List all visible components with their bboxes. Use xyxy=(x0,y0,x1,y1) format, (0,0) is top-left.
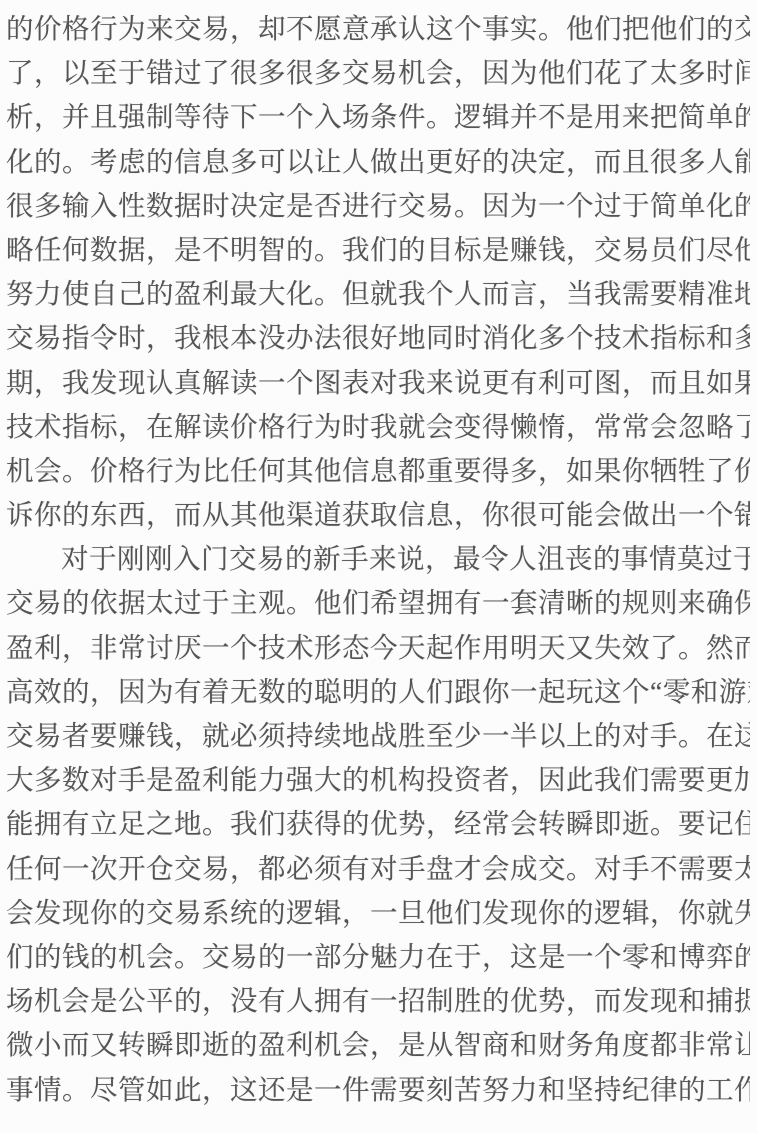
text-line: 期，我发现认真解读一个图表对我来说更有利可图，而且如果我依赖于 xyxy=(6,361,750,405)
text-line: 对于刚刚入门交易的新手来说，最令人沮丧的事情莫过于认为自己 xyxy=(6,537,750,581)
text-line: 盈利，非常讨厌一个技术形态今天起作用明天又失效了。然而，市场是 xyxy=(6,626,750,670)
text-line: 很多输入性数据时决定是否进行交易。因为一个过于简单化的理论而忽 xyxy=(6,184,750,228)
text-line: 的价格行为来交易，却不愿意承认这个事实。他们把他们的交易复杂化 xyxy=(6,7,750,51)
text-line: 场机会是公平的，没有人拥有一招制胜的优势，而发现和捕捉一些极为 xyxy=(6,979,750,1023)
text-line: 了，以至于错过了很多很多交易机会，因为他们花了太多时间去过度分 xyxy=(6,51,750,95)
book-page: 的价格行为来交易，却不愿意承认这个事实。他们把他们的交易复杂化了，以至于错过了很… xyxy=(0,0,758,1133)
text-line: 技术指标，在解读价格行为时我就会变得懒惰，常常会忽略了最明显的 xyxy=(6,405,750,449)
text-line: 们的钱的机会。交易的一部分魅力在于，这是一个零和博弈的市场，市 xyxy=(6,935,750,979)
text-line: 交易的依据太过于主观。他们希望拥有一套清晰的规则来确保自己持续 xyxy=(6,581,750,625)
text-line: 大多数对手是盈利能力强大的机构投资者，因此我们需要更加优秀，才 xyxy=(6,758,750,802)
text-line: 高效的，因为有着无数的聪明的人们跟你一起玩这个“零和游戏”。一个 xyxy=(6,670,750,714)
text-line: 能拥有立足之地。我们获得的优势，经常会转瞬即逝。要记住，我们的 xyxy=(6,802,750,846)
text-line: 交易者要赚钱，就必须持续地战胜至少一半以上的对手。在这个市场上， xyxy=(6,714,750,758)
paragraph: 的价格行为来交易，却不愿意承认这个事实。他们把他们的交易复杂化了，以至于错过了很… xyxy=(6,7,750,537)
text-line: 任何一次开仓交易，都必须有对手盘才会成交。对手不需要太长时间就 xyxy=(6,847,750,891)
text-line: 事情。尽管如此，这还是一件需要刻苦努力和坚持纪律的工作。纪律， xyxy=(6,1068,750,1112)
text-line: 略任何数据，是不明智的。我们的目标是赚钱，交易员们尽他们一切的 xyxy=(6,228,750,272)
paragraph: 对于刚刚入门交易的新手来说，最令人沮丧的事情莫过于认为自己交易的依据太过于主观。… xyxy=(6,537,750,1111)
text-line: 努力使自己的盈利最大化。但就我个人而言，当我需要精准地发出我的 xyxy=(6,272,750,316)
text-line: 诉你的东西，而从其他渠道获取信息，你很可能会做出一个错误的决定。 xyxy=(6,493,750,537)
text-line: 交易指令时，我根本没办法很好地同时消化多个技术指标和多个时间周 xyxy=(6,316,750,360)
text-line: 微小而又转瞬即逝的盈利机会，是从智商和财务角度都非常让人满足的 xyxy=(6,1023,750,1067)
text-line: 析，并且强制等待下一个入场条件。逻辑并不是用来把简单的事情复杂 xyxy=(6,95,750,139)
page-text: 的价格行为来交易，却不愿意承认这个事实。他们把他们的交易复杂化了，以至于错过了很… xyxy=(6,7,750,1112)
text-line: 化的。考虑的信息多可以让人做出更好的决定，而且很多人能够在处理 xyxy=(6,140,750,184)
text-line: 会发现你的交易系统的逻辑，一旦他们发现你的逻辑，你就失去了赚他 xyxy=(6,891,750,935)
text-line: 机会。价格行为比任何其他信息都重要得多，如果你牺牲了价格行为告 xyxy=(6,449,750,493)
